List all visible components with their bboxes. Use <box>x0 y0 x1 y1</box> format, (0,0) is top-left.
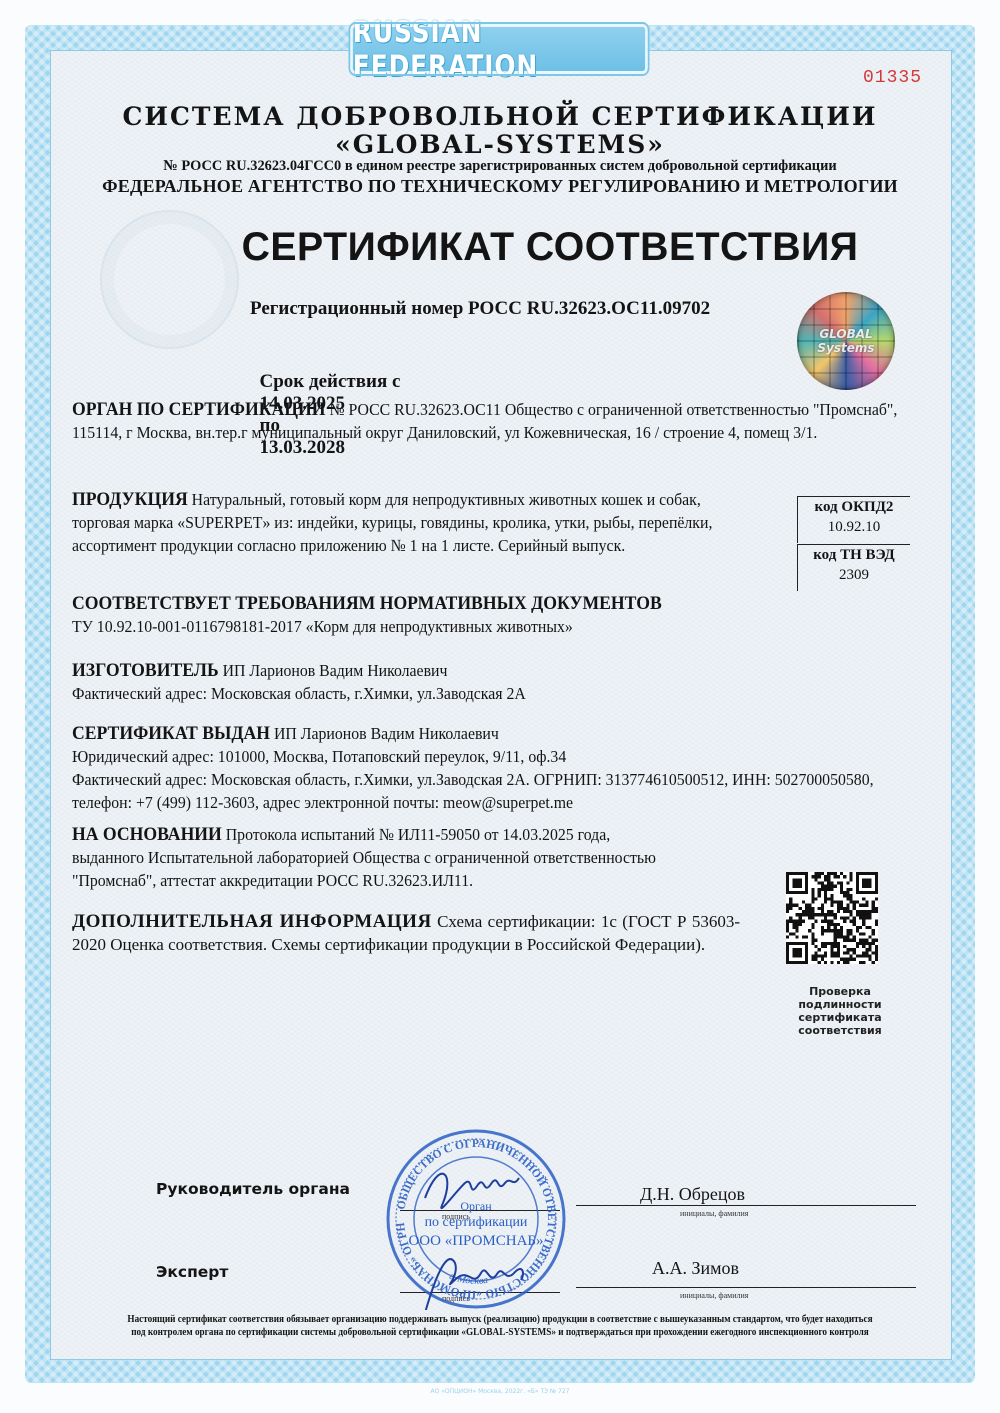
section-manufacturer: ИЗГОТОВИТЕЛЬ ИП Ларионов Вадим Николаеви… <box>72 659 932 705</box>
signature-role-expert: Эксперт <box>156 1263 228 1281</box>
footer-note-line1: Настоящий сертификат соответствия обязыв… <box>114 1313 887 1326</box>
name-line <box>576 1205 916 1206</box>
issued-to-legal-address: Юридический адрес: 101000, Москва, Потап… <box>72 745 937 768</box>
footer-note: Настоящий сертификат соответствия обязыв… <box>114 1313 887 1339</box>
section-text: ТУ 10.92.10-001-0116798181-2017 «Корм дл… <box>72 617 573 636</box>
signatory-name-head: Д.Н. Обрецов <box>640 1184 840 1205</box>
section-basis: НА ОСНОВАНИИ Протокола испытаний № ИЛ11-… <box>72 823 792 892</box>
section-heading: НА ОСНОВАНИИ <box>72 824 222 845</box>
issued-to-details: Фактический адрес: Московская область, г… <box>72 768 937 814</box>
stamp-center-line1: Орган <box>460 1199 492 1213</box>
section-additional-info: ДОПОЛНИТЕЛЬНАЯ ИНФОРМАЦИЯ Схема сертифик… <box>72 910 740 956</box>
validity-label: Срок действия с <box>260 371 450 393</box>
system-title: СИСТЕМА ДОБРОВОЛЬНОЙ СЕРТИФИКАЦИИ «GLOBA… <box>70 103 930 159</box>
stamp-center-line3: ООО «ПРОМСНАБ» <box>408 1233 543 1249</box>
name-line <box>576 1287 916 1288</box>
system-registry-line: № РОСС RU.32623.04ГСС0 в едином реестре … <box>87 158 913 175</box>
registration-label: Регистрационный номер <box>250 298 463 319</box>
manufacturer-address: Фактический адрес: Московская область, г… <box>72 682 937 705</box>
hologram-sticker: GLOBAL Systems <box>797 292 895 390</box>
system-title-line2: «GLOBAL-SYSTEMS» <box>70 131 930 159</box>
section-heading: ДОПОЛНИТЕЛЬНАЯ ИНФОРМАЦИЯ <box>72 911 432 932</box>
code-label: код ОКПД2 <box>798 497 910 517</box>
issued-to-name: ИП Ларионов Вадим Николаевич <box>274 724 499 743</box>
section-heading: СЕРТИФИКАТ ВЫДАН <box>72 723 270 744</box>
code-value: 2309 <box>798 565 910 585</box>
section-product: ПРОДУКЦИЯ Натуральный, готовый корм для … <box>72 488 792 557</box>
section-heading: СООТВЕТСТВУЕТ ТРЕБОВАНИЯМ НОРМАТИВНЫХ ДО… <box>72 592 937 615</box>
signature-role-head: Руководитель органа <box>156 1180 350 1198</box>
agency-name: ФЕДЕРАЛЬНОЕ АГЕНТСТВО ПО ТЕХНИЧЕСКОМУ РЕ… <box>70 176 930 197</box>
footer-note-line2: под контролем органа по сертификации сис… <box>114 1326 887 1339</box>
code-okpd2-box: код ОКПД2 10.92.10 <box>797 496 910 543</box>
name-hint: инициалы, фамилия <box>680 1291 748 1300</box>
qr-code-icon[interactable] <box>786 872 878 964</box>
hologram-text-line2: Systems <box>817 341 874 355</box>
qr-caption: Проверка подлинности сертификата соответ… <box>770 985 910 1037</box>
code-label: код ТН ВЭД <box>798 545 910 565</box>
printer-imprint: АО «ОПЦИОН» Москва, 2022г. «Б» ТЗ № 727 <box>300 1388 700 1395</box>
manufacturer-name: ИП Ларионов Вадим Николаевич <box>223 661 448 680</box>
code-value: 10.92.10 <box>798 517 910 537</box>
serial-number: 01335 <box>863 68 922 88</box>
registration-number: РОСС RU.32623.ОС11.09702 <box>468 298 710 319</box>
signatory-name-expert: А.А. Зимов <box>652 1258 852 1279</box>
section-issued-to: СЕРТИФИКАТ ВЫДАН ИП Ларионов Вадим Никол… <box>72 722 932 814</box>
section-heading: ПРОДУКЦИЯ <box>72 489 188 510</box>
name-hint: инициалы, фамилия <box>680 1209 748 1218</box>
section-heading: ОРГАН ПО СЕРТИФИКАЦИИ <box>72 399 325 420</box>
hologram-text-line1: GLOBAL <box>819 327 872 341</box>
section-heading: ИЗГОТОВИТЕЛЬ <box>72 660 219 681</box>
stamp-center-line2: по сертификации <box>425 1215 528 1230</box>
section-conformity: СООТВЕТСТВУЕТ ТРЕБОВАНИЯМ НОРМАТИВНЫХ ДО… <box>72 592 932 638</box>
section-certification-body: ОРГАН ПО СЕРТИФИКАЦИИ № РОСС RU.32623.ОС… <box>72 398 932 444</box>
official-stamp: ОБЩЕСТВО С ОГРАНИЧЕННОЙ ОТВЕТСТВЕННОСТЬЮ… <box>385 1128 567 1310</box>
code-tnved-box: код ТН ВЭД 2309 <box>797 544 910 591</box>
country-banner: RUSSIAN FEDERATION <box>350 24 648 74</box>
system-title-line1: СИСТЕМА ДОБРОВОЛЬНОЙ СЕРТИФИКАЦИИ <box>70 103 930 131</box>
certificate-title: СЕРТИФИКАТ СООТВЕТСТВИЯ <box>207 225 893 270</box>
registration-number-line: Регистрационный номер РОСС RU.32623.ОС11… <box>250 298 710 320</box>
